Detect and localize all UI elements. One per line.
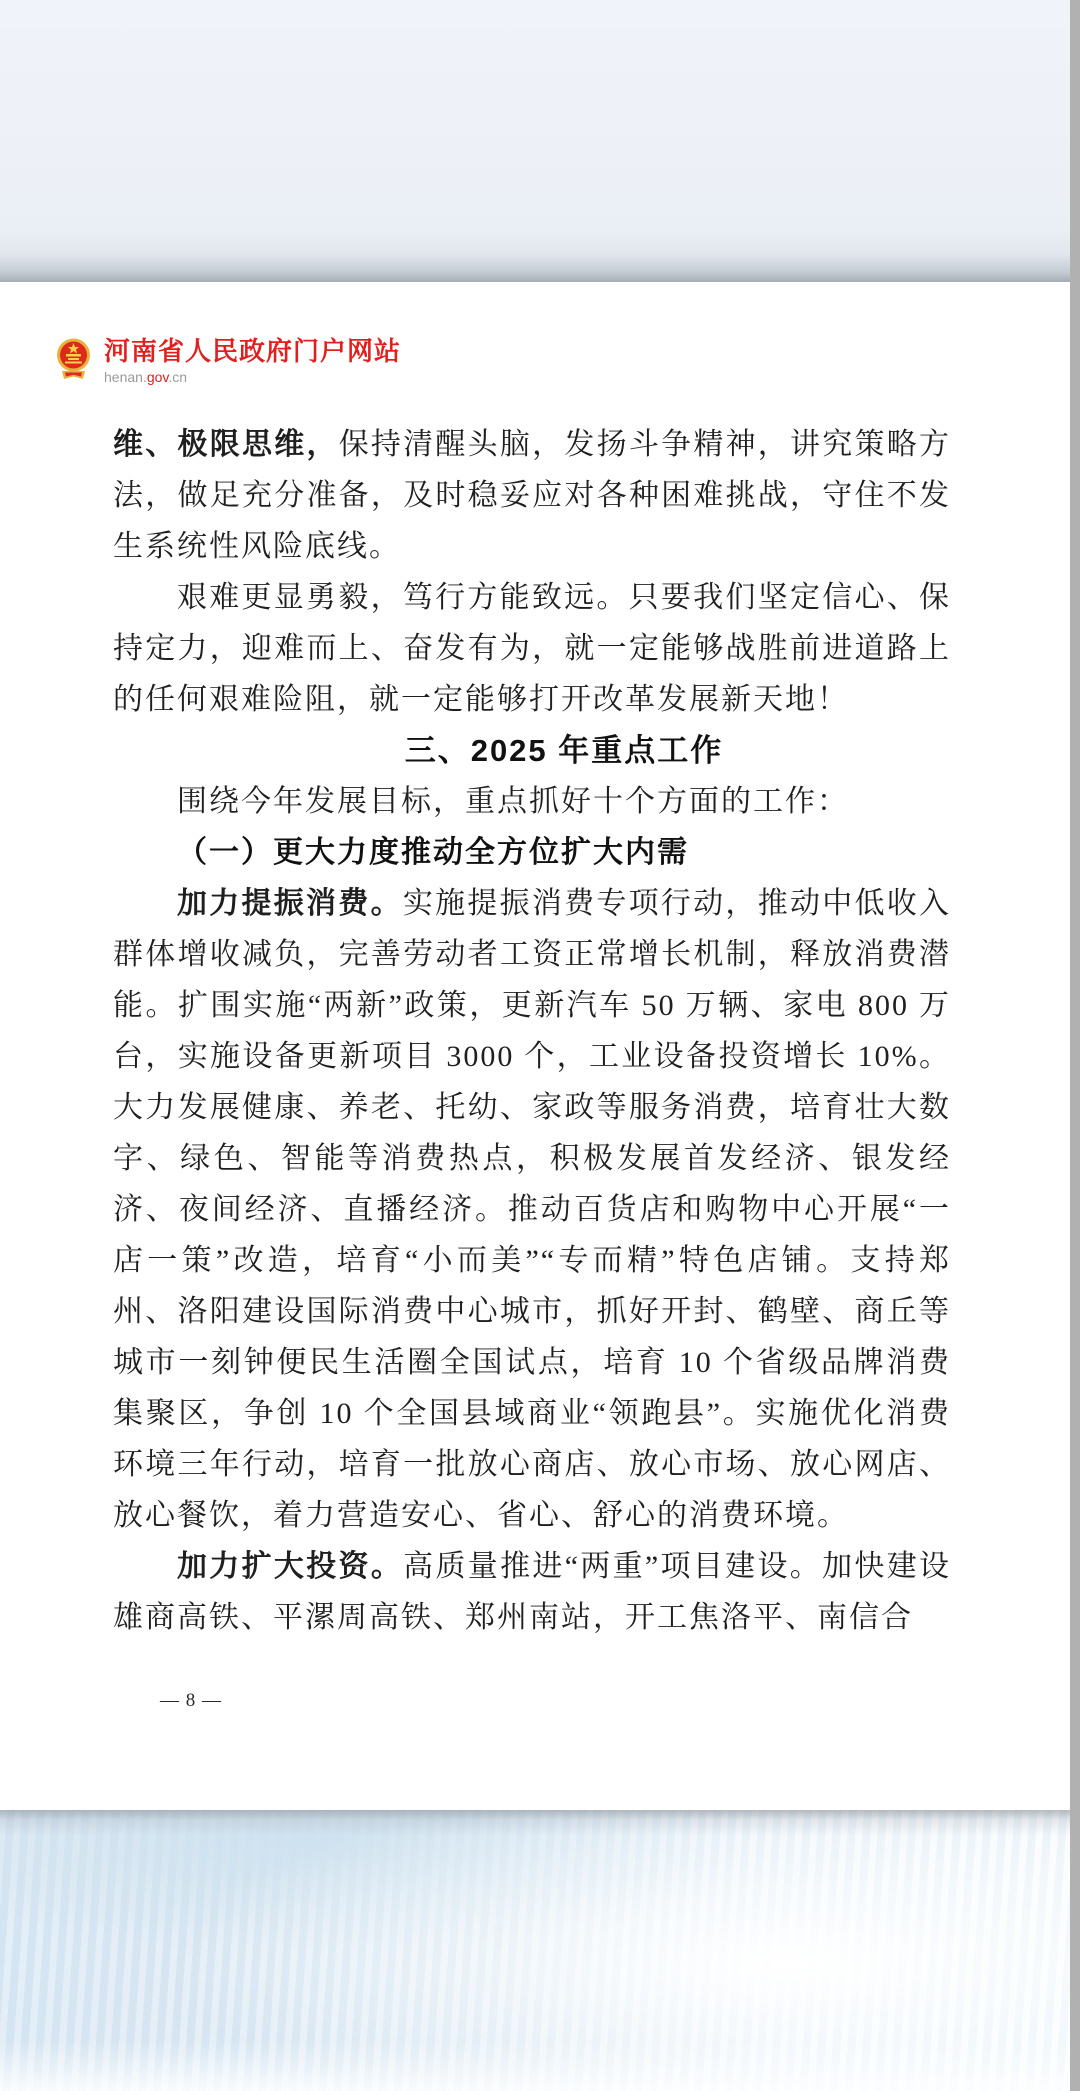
- scrollbar[interactable]: [1070, 0, 1080, 2091]
- document-body: 维、极限思维，保持清醒头脑，发扬斗争精神，讲究策略方法，做足充分准备，及时稳妥应…: [113, 419, 951, 1643]
- site-domain-gov: gov: [147, 369, 169, 385]
- paragraph-work-overview: 围绕今年发展目标，重点抓好十个方面的工作：: [113, 776, 951, 827]
- paragraph-risk-awareness: 维、极限思维，保持清醒头脑，发扬斗争精神，讲究策略方法，做足充分准备，及时稳妥应…: [113, 419, 951, 572]
- paragraph-risk-awareness-lead: 维、极限思维，: [113, 428, 339, 461]
- site-domain: henan.gov.cn: [104, 368, 401, 386]
- document-page: 河南省人民政府门户网站 henan.gov.cn 维、极限思维，保持清醒头脑，发…: [0, 282, 1070, 1810]
- site-domain-prefix: henan.: [104, 369, 147, 385]
- paragraph-expand-investment: 加力扩大投资。高质量推进“两重”项目建设。加快建设雄商高铁、平漯周高铁、郑州南站…: [113, 1541, 951, 1643]
- paragraph-boost-consumption-rest: 实施提振消费专项行动，推动中低收入群体增收减负，完善劳动者工资正常增长机制，释放…: [113, 887, 951, 1532]
- site-title: 河南省人民政府门户网站: [104, 336, 401, 366]
- top-background: [0, 0, 1070, 282]
- site-header-link[interactable]: 河南省人民政府门户网站 henan.gov.cn: [55, 336, 401, 387]
- paragraph-boost-consumption: 加力提振消费。实施提振消费专项行动，推动中低收入群体增收减负，完善劳动者工资正常…: [113, 878, 951, 1541]
- subsection-heading: （一）更大力度推动全方位扩大内需: [113, 827, 951, 878]
- site-domain-suffix: .cn: [168, 369, 187, 385]
- page-number: — 8 —: [160, 1690, 222, 1712]
- paragraph-perseverance: 艰难更显勇毅，笃行方能致远。只要我们坚定信心、保持定力，迎难而上、奋发有为，就一…: [113, 572, 951, 725]
- national-emblem-icon: [55, 336, 92, 387]
- bottom-background: [0, 1810, 1070, 2091]
- section-heading: 三、2025 年重点工作: [113, 725, 951, 776]
- paragraph-boost-consumption-lead: 加力提振消费。: [177, 887, 403, 920]
- paragraph-expand-investment-lead: 加力扩大投资。: [177, 1550, 403, 1583]
